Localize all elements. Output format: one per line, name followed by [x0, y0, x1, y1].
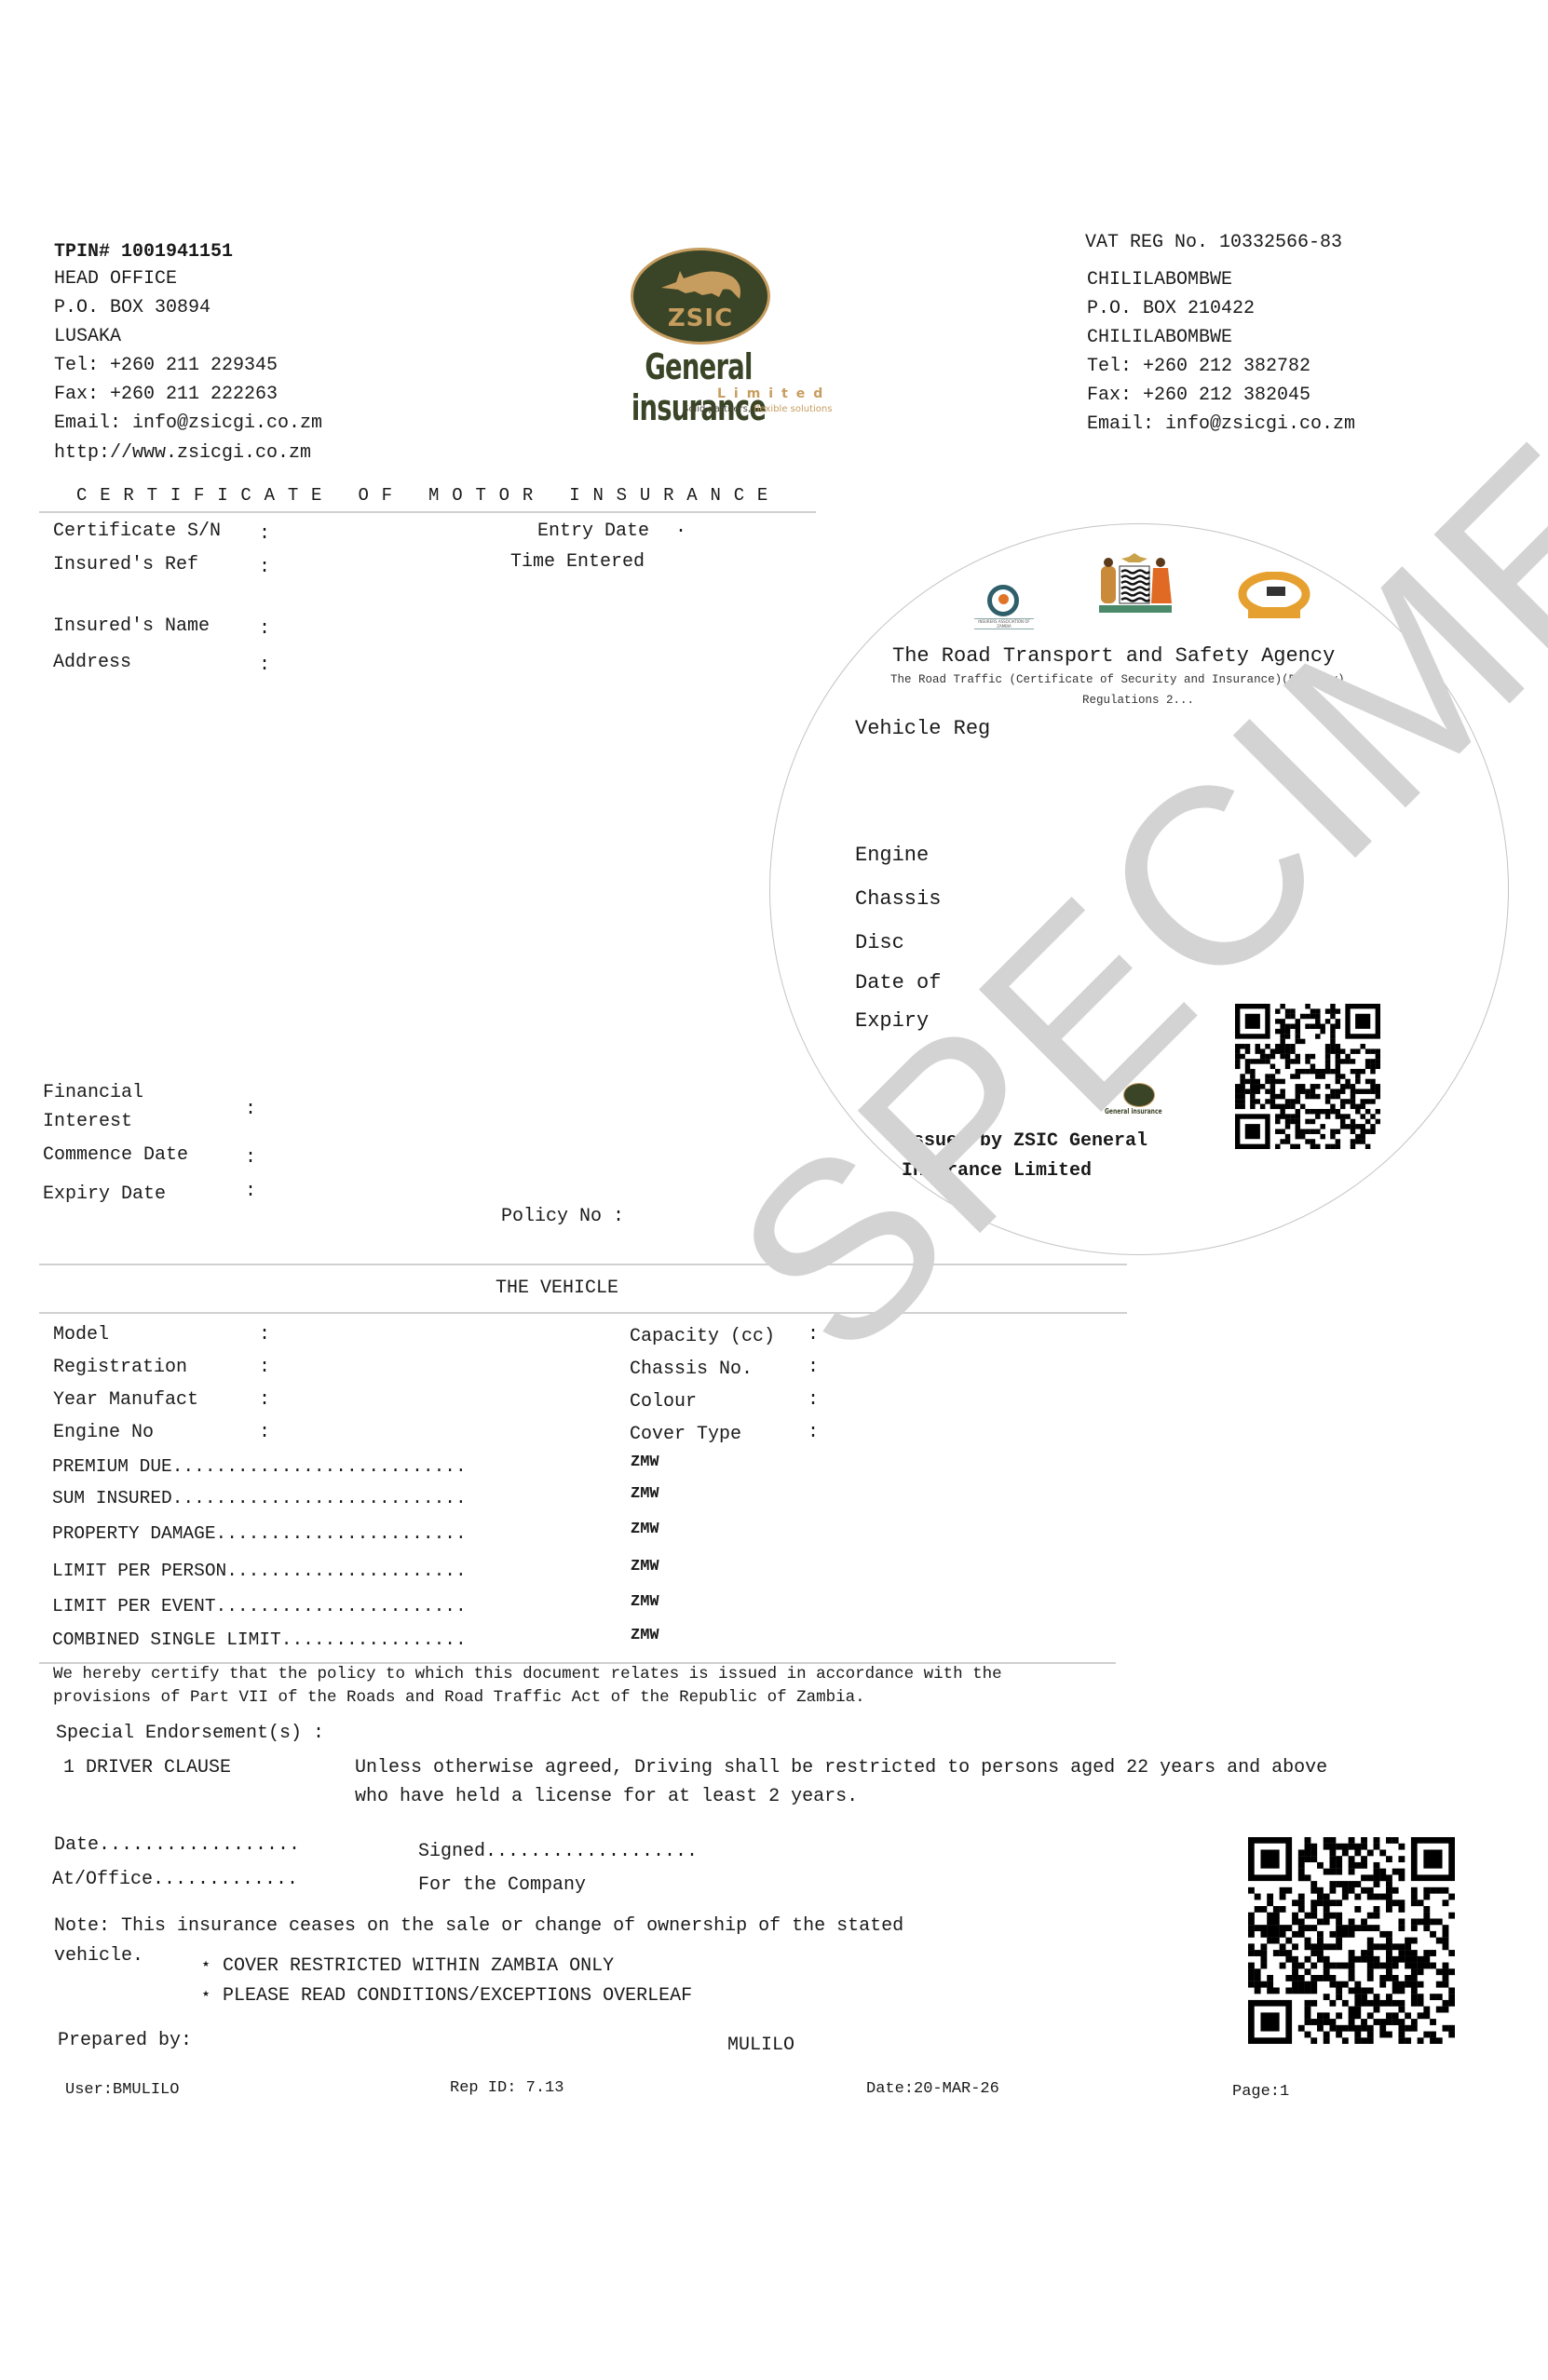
entry-date-label: Entry Date [537, 521, 649, 543]
sign-at-office: At/Office............. [52, 1869, 298, 1891]
colon: : [245, 1099, 256, 1121]
tpin-number: TPIN# 1001941151 [54, 241, 233, 264]
financial-interest-label-2: Interest [43, 1111, 132, 1133]
disc-issued-by-2: Insurance Limited [902, 1160, 1092, 1183]
vehicle-field-label: Capacity (cc) [630, 1326, 775, 1348]
vehicle-field-label: Registration [53, 1357, 187, 1379]
disc-subtitle-2: Regulations 2... [1082, 694, 1194, 707]
vehicle-divider-bottom [39, 1312, 1127, 1314]
zsic-mini-logo-icon: General insurance [1105, 1083, 1170, 1129]
colon: : [259, 1357, 270, 1379]
colon: : [259, 655, 270, 677]
certify-line-2: provisions of Part VII of the Roads and … [53, 1686, 865, 1710]
iaz-logo-icon: INSURERS ASSOCIATION OF ZAMBIA [974, 585, 1034, 635]
amount-label: COMBINED SINGLE LIMIT................. [52, 1629, 467, 1651]
endorsement-text-2: who have held a license for at least 2 y… [355, 1786, 858, 1808]
qr-code-icon[interactable] [1248, 1837, 1455, 2044]
vehicle-field-label: Cover Type [630, 1424, 741, 1446]
vehicle-field-label: Model [53, 1324, 109, 1346]
financial-interest-label-1: Financial [43, 1082, 143, 1104]
logo-limited: Limited [717, 386, 829, 401]
branch-office-fax: Fax: +260 212 382045 [1087, 385, 1310, 407]
footer-rep-id: Rep ID: 7.13 [450, 2079, 564, 2097]
rtsa-logo-icon [1235, 572, 1313, 622]
branch-office-line: CHILILABOMBWE [1087, 327, 1232, 349]
certificate-title: C E R T I F I C A T E O F M O T O R I N … [76, 485, 769, 506]
mini-logo-name: General insurance [1105, 1107, 1157, 1116]
footer-user: User:BMULILO [65, 2081, 179, 2099]
disc-expiry-label: Expiry [855, 1009, 929, 1033]
footer-user-value: BMULILO [113, 2081, 179, 2099]
amount-currency: ZMW [631, 1483, 659, 1506]
head-office-tel: Tel: +260 211 229345 [54, 355, 278, 377]
head-office-line: LUSAKA [54, 326, 121, 348]
amount-currency: ZMW [631, 1556, 659, 1578]
branch-office-line: P.O. BOX 210422 [1087, 298, 1255, 320]
colon: : [259, 618, 270, 641]
colon: : [259, 557, 270, 579]
endorsement-name: 1 DRIVER CLAUSE [63, 1757, 231, 1779]
disc-engine-label: Engine [855, 844, 929, 867]
zsic-aardvark-logo-icon: ZSIC [631, 248, 770, 345]
colon: : [808, 1422, 819, 1444]
amount-currency: ZMW [631, 1519, 659, 1541]
colon: : [245, 1181, 256, 1203]
amount-label: PREMIUM DUE........................... [52, 1455, 467, 1478]
endorsement-text-1: Unless otherwise agreed, Driving shall b… [355, 1757, 1327, 1779]
prepared-by-label: Prepared by: [58, 2030, 192, 2052]
branch-office-line: CHILILABOMBWE [1087, 269, 1232, 291]
amount-label: PROPERTY DAMAGE....................... [52, 1522, 467, 1545]
prepared-by-name: MULILO [727, 2035, 794, 2057]
colon: : [259, 1422, 270, 1444]
colon: : [259, 1324, 270, 1346]
disc-issued-by-1: Issued by ZSIC General [902, 1130, 1147, 1153]
disc-title: The Road Transport and Safety Agency [892, 644, 1335, 668]
certificate-sn-label: Certificate S/N [53, 521, 221, 543]
disc-date-of-label: Date of [855, 971, 941, 994]
iaz-label: INSURERS ASSOCIATION OF ZAMBIA [974, 618, 1034, 629]
head-office-email: Email: info@zsicgi.co.zm [54, 412, 322, 435]
note-bullet: ⋆ PLEASE READ CONDITIONS/EXCEPTIONS OVER… [200, 1985, 692, 2008]
vehicle-field-label: Chassis No. [630, 1359, 753, 1381]
footer-page-label: Page: [1232, 2083, 1280, 2101]
amount-currency: ZMW [631, 1591, 659, 1614]
vehicle-divider-top [39, 1264, 1127, 1265]
vehicle-field-label: Year Manufact [53, 1389, 198, 1412]
amount-currency: ZMW [631, 1452, 659, 1474]
certify-line-1: We hereby certify that the policy to whi… [53, 1663, 1002, 1686]
policy-no-label: Policy No : [501, 1206, 624, 1228]
colon: : [259, 523, 270, 546]
amount-label: LIMIT PER PERSON...................... [52, 1560, 467, 1582]
time-entered-label: Time Entered [510, 551, 645, 574]
disc-disc-label: Disc [855, 931, 904, 954]
head-office-fax: Fax: +260 211 222263 [54, 384, 278, 406]
note-line-2: vehicle. [54, 1945, 143, 1968]
vehicle-field-label: Engine No [53, 1422, 154, 1444]
colon: : [808, 1324, 819, 1346]
qr-code-icon[interactable] [1235, 1004, 1380, 1149]
footer-user-label: User: [65, 2081, 113, 2099]
amount-label: LIMIT PER EVENT....................... [52, 1595, 467, 1617]
head-office-line: HEAD OFFICE [54, 268, 177, 291]
expiry-date-label: Expiry Date [43, 1183, 166, 1206]
aardvark-icon [658, 265, 747, 303]
colon: : [259, 1389, 270, 1412]
sign-for-company: For the Company [418, 1874, 586, 1897]
logo-tagline: Solid partners, flexible solutions [683, 404, 841, 414]
branch-office-tel: Tel: +260 212 382782 [1087, 356, 1310, 378]
note-bullet: ⋆ COVER RESTRICTED WITHIN ZAMBIA ONLY [200, 1955, 614, 1978]
logo-mark-text: ZSIC [633, 304, 767, 332]
vehicle-section-title: THE VEHICLE [496, 1278, 618, 1300]
zambia-coat-of-arms-icon [1092, 553, 1177, 618]
colon: · [675, 521, 686, 543]
address-label: Address [53, 652, 131, 674]
amount-label: SUM INSURED........................... [52, 1487, 467, 1509]
head-office-line: P.O. BOX 30894 [54, 297, 210, 319]
insured-ref-label: Insured's Ref [53, 554, 198, 576]
company-logo: ZSIC General insurance Limited Solid par… [564, 244, 834, 421]
footer-rep-label: Rep ID: [450, 2079, 516, 2097]
footer-date: Date:20-MAR-26 [866, 2080, 999, 2098]
colon: : [808, 1389, 819, 1412]
sign-signed: Signed................... [418, 1841, 698, 1863]
sign-date: Date.................. [54, 1834, 300, 1857]
branch-office-email: Email: info@zsicgi.co.zm [1087, 413, 1355, 436]
disc-vehicle-reg-label: Vehicle Reg [855, 717, 990, 740]
commence-date-label: Commence Date [43, 1144, 188, 1167]
footer-date-value: 20-MAR-26 [914, 2080, 999, 2098]
note-line-1: Note: This insurance ceases on the sale … [54, 1915, 903, 1938]
vehicle-field-label: Colour [630, 1391, 697, 1413]
disc-subtitle: The Road Traffic (Certificate of Securit… [890, 673, 1345, 686]
logo-tagline-b: flexible solutions [751, 404, 832, 414]
amount-currency: ZMW [631, 1625, 659, 1647]
title-divider [39, 511, 816, 513]
insured-name-label: Insured's Name [53, 615, 210, 638]
logo-tagline-a: Solid partners, [683, 404, 751, 414]
colon: : [245, 1147, 256, 1170]
footer-date-label: Date: [866, 2080, 914, 2098]
colon: : [808, 1357, 819, 1379]
vat-reg-number: VAT REG No. 10332566-83 [1085, 232, 1342, 254]
disc-chassis-label: Chassis [855, 887, 941, 911]
footer-page-value: 1 [1280, 2083, 1289, 2101]
special-endorsement-label: Special Endorsement(s) : [56, 1723, 324, 1745]
footer-page: Page:1 [1232, 2083, 1289, 2101]
head-office-website: http://www.zsicgi.co.zm [54, 442, 311, 465]
footer-rep-value: 7.13 [526, 2079, 564, 2097]
